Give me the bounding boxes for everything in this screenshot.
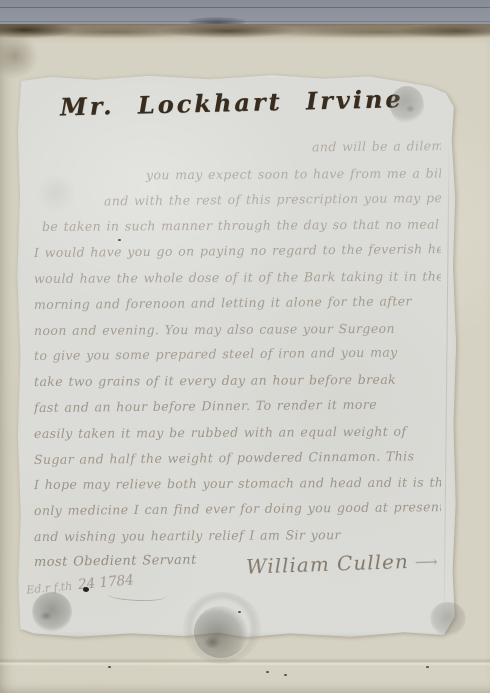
seal-stain-top-right — [390, 86, 424, 124]
handwriting-line: morning and forenoon and letting it alon… — [34, 288, 441, 318]
handwriting-line: easily taken it may be rubbed with an eq… — [34, 418, 441, 446]
ink-speck — [426, 666, 429, 668]
pen-stroke-arrow-icon: ⟶ — [414, 552, 439, 572]
backdrop-edge-line — [0, 7, 490, 8]
letter-body: and will be a dilemma a you may expect s… — [34, 137, 441, 576]
seal-stain-bottom-center — [194, 606, 248, 658]
ink-speck — [238, 611, 241, 613]
handwriting-line: Sugar and half the weight of powdered Ci… — [34, 443, 441, 473]
ink-speck — [108, 666, 111, 668]
ink-blot — [83, 587, 89, 592]
handwriting-line: fast and an hour before Dinner. To rende… — [34, 391, 441, 421]
seal-stain-bottom-left — [32, 592, 72, 632]
letter-heading: Mr. Lockhart Irvine — [60, 84, 421, 122]
handwriting-line: to give you some prepared steel of iron … — [34, 339, 441, 369]
letter-paper: Mr. Lockhart Irvine and will be a dilemm… — [16, 73, 457, 639]
handwriting-line: I would have you go on paying no regard … — [34, 236, 441, 266]
ink-speck — [118, 239, 121, 241]
page-crease — [0, 658, 490, 666]
seal-stain-bottom-right — [430, 602, 466, 636]
ink-speck — [266, 671, 269, 673]
ink-speck — [284, 674, 287, 676]
pasted-letter: Mr. Lockhart Irvine and will be a dilemm… — [16, 73, 457, 639]
faint-stain-left — [36, 172, 76, 214]
manuscript-photo: Mr. Lockhart Irvine and will be a dilemm… — [0, 0, 490, 693]
handwriting-line: and with the rest of this prescription y… — [34, 185, 441, 215]
handwriting-line: and will be a dilemma a — [34, 137, 441, 163]
pen-flourish — [108, 588, 167, 603]
handwriting-line: only medicine I can find ever for doing … — [34, 494, 441, 524]
burnt-page-edge — [0, 24, 490, 44]
handwriting-line: you may expect soon to have from me a bi… — [34, 160, 441, 188]
handwriting-line: would have the whole dose of it of the B… — [34, 263, 441, 291]
